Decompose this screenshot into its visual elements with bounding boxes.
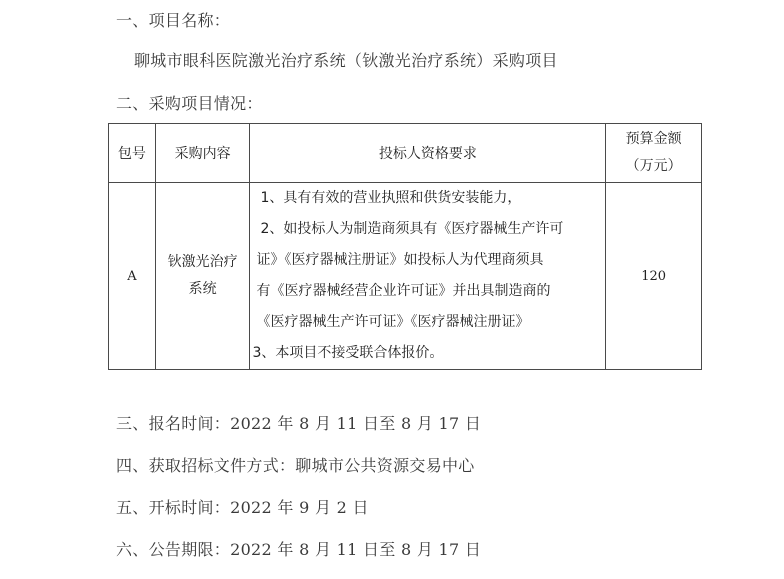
requirement-line: 《医疗器械生产许可证》《医疗器械注册证》 [252,307,603,338]
requirement-line: 有《医疗器械经营企业许可证》并出具制造商的 [252,276,603,307]
procurement-table: 包号 采购内容 投标人资格要求 预算金额 （万元） A 钬激光治疗 系统 1、具… [108,123,702,370]
section-heading-project-name: 一、项目名称： [116,8,230,31]
cell-requirements: 1、具有有效的营业执照和供货安装能力， 2、如投标人为制造商须具有《医疗器械生产… [250,183,606,370]
tender-document-method: 四、获取招标文件方式：聊城市公共资源交易中心 [116,453,475,476]
announcement-period: 六、公告期限：2022 年 8 月 11 日至 8 月 17 日 [116,537,481,560]
bid-opening-time: 五、开标时间：2022 年 9 月 2 日 [116,495,369,518]
table-row: A 钬激光治疗 系统 1、具有有效的营业执照和供货安装能力， 2、如投标人为制造… [109,183,702,370]
header-content: 采购内容 [155,124,250,183]
project-name-text: 聊城市眼科医院激光治疗系统（钬激光治疗系统）采购项目 [134,48,558,71]
header-budget-line2: （万元） [606,153,701,180]
requirement-line: 1、具有有效的营业执照和供货安装能力， [252,183,603,214]
header-budget: 预算金额 （万元） [606,124,702,183]
header-requirements: 投标人资格要求 [250,124,606,183]
header-package: 包号 [109,124,156,183]
cell-content: 钬激光治疗 系统 [155,183,250,370]
section-heading-procurement-details: 二、采购项目情况： [116,91,263,114]
cell-content-line2: 系统 [156,276,250,303]
requirement-line: 2、如投标人为制造商须具有《医疗器械生产许可 [252,214,603,245]
table-header-row: 包号 采购内容 投标人资格要求 预算金额 （万元） [109,124,702,183]
requirement-line: 证》《医疗器械注册证》如投标人为代理商须具 [252,245,603,276]
cell-package: A [109,183,156,370]
requirement-line: 3、本项目不接受联合体报价。 [252,338,603,369]
cell-budget: 120 [606,183,702,370]
header-budget-line1: 预算金额 [606,126,701,153]
cell-content-line1: 钬激光治疗 [156,249,250,276]
registration-time: 三、报名时间：2022 年 8 月 11 日至 8 月 17 日 [116,411,481,434]
